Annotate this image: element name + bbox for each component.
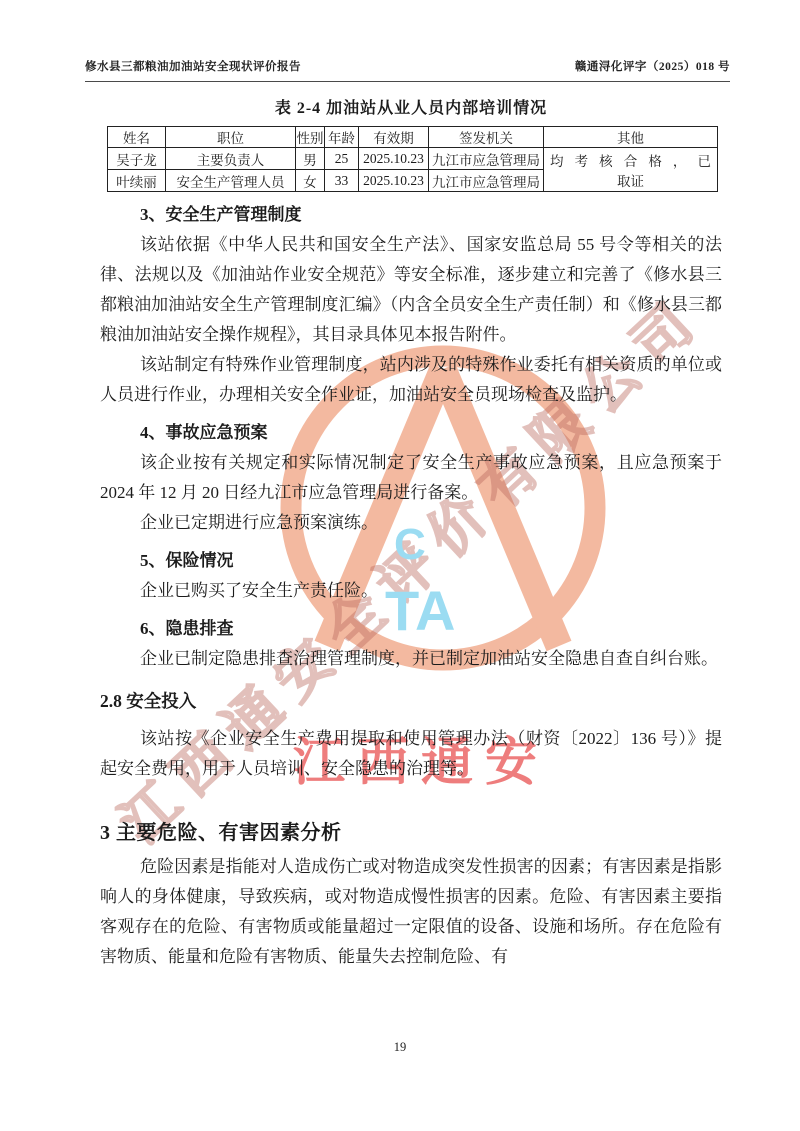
training-table: 姓名 职位 性别 年龄 有效期 签发机关 其他 吴子龙 主要负责人 男 25 2… [107, 126, 718, 192]
table-cell-other-merged: 均考核合格，已 取证 [544, 148, 718, 192]
table-cell: 九江市应急管理局 [429, 170, 544, 192]
chapter-heading-hazard-analysis: 3 主要危险、有害因素分析 [100, 814, 722, 852]
paragraph: 企业已制定隐患排查治理管理制度，并已制定加油站安全隐患自查自纠台账。 [100, 644, 722, 674]
paragraph: 企业已定期进行应急预案演练。 [100, 508, 722, 538]
subheading-insurance: 5、保险情况 [100, 546, 722, 576]
paragraph: 该企业按有关规定和实际情况制定了安全生产事故应急预案，且应急预案于 2024 年… [100, 448, 722, 508]
table-cell: 25 [325, 148, 359, 170]
table-cell: 33 [325, 170, 359, 192]
section-heading-safety-investment: 2.8 安全投入 [100, 686, 722, 716]
table-cell: 男 [296, 148, 325, 170]
col-age: 年龄 [325, 127, 359, 148]
table-row: 吴子龙 主要负责人 男 25 2025.10.23 九江市应急管理局 均考核合格… [108, 148, 718, 170]
document-body: 表 2-4 加油站从业人员内部培训情况 姓名 职位 性别 年龄 有效期 签发机关… [100, 0, 722, 972]
paragraph: 该站依据《中华人民共和国安全生产法》、国家安监总局 55 号令等相关的法律、法规… [100, 230, 722, 350]
col-validity: 有效期 [359, 127, 429, 148]
table-cell: 2025.10.23 [359, 170, 429, 192]
table-cell: 安全生产管理人员 [166, 170, 296, 192]
table-cell: 九江市应急管理局 [429, 148, 544, 170]
paragraph: 该站按《企业安全生产费用提取和使用管理办法（财资〔2022〕136 号）》提起安… [100, 724, 722, 784]
table-header-row: 姓名 职位 性别 年龄 有效期 签发机关 其他 [108, 127, 718, 148]
paragraph: 该站制定有特殊作业管理制度，站内涉及的特殊作业委托有相关资质的单位或人员进行作业… [100, 350, 722, 410]
table-cell: 叶续丽 [108, 170, 166, 192]
subheading-safety-management-system: 3、安全生产管理制度 [100, 200, 722, 230]
subheading-hazard-inspection: 6、隐患排查 [100, 614, 722, 644]
table-cell: 吴子龙 [108, 148, 166, 170]
paragraph: 危险因素是指能对人造成伤亡或对物造成突发性损害的因素；有害因素是指影响人的身体健… [100, 852, 722, 972]
table-cell: 2025.10.23 [359, 148, 429, 170]
other-line-2: 取证 [544, 170, 717, 190]
col-issuer: 签发机关 [429, 127, 544, 148]
table-cell: 女 [296, 170, 325, 192]
col-other: 其他 [544, 127, 718, 148]
col-name: 姓名 [108, 127, 166, 148]
subheading-emergency-plan: 4、事故应急预案 [100, 418, 722, 448]
document-page: 江西通安全评价有限公司 C TA 江西通安 修水县三都粮油加油站安全现状评价报告… [0, 0, 800, 1131]
col-position: 职位 [166, 127, 296, 148]
other-line-1: 均考核合格，已 [544, 150, 717, 170]
paragraph: 企业已购买了安全生产责任险。 [100, 576, 722, 606]
page-number: 19 [0, 1040, 800, 1055]
table-title: 表 2-4 加油站从业人员内部培训情况 [100, 97, 722, 121]
col-gender: 性别 [296, 127, 325, 148]
table-cell: 主要负责人 [166, 148, 296, 170]
